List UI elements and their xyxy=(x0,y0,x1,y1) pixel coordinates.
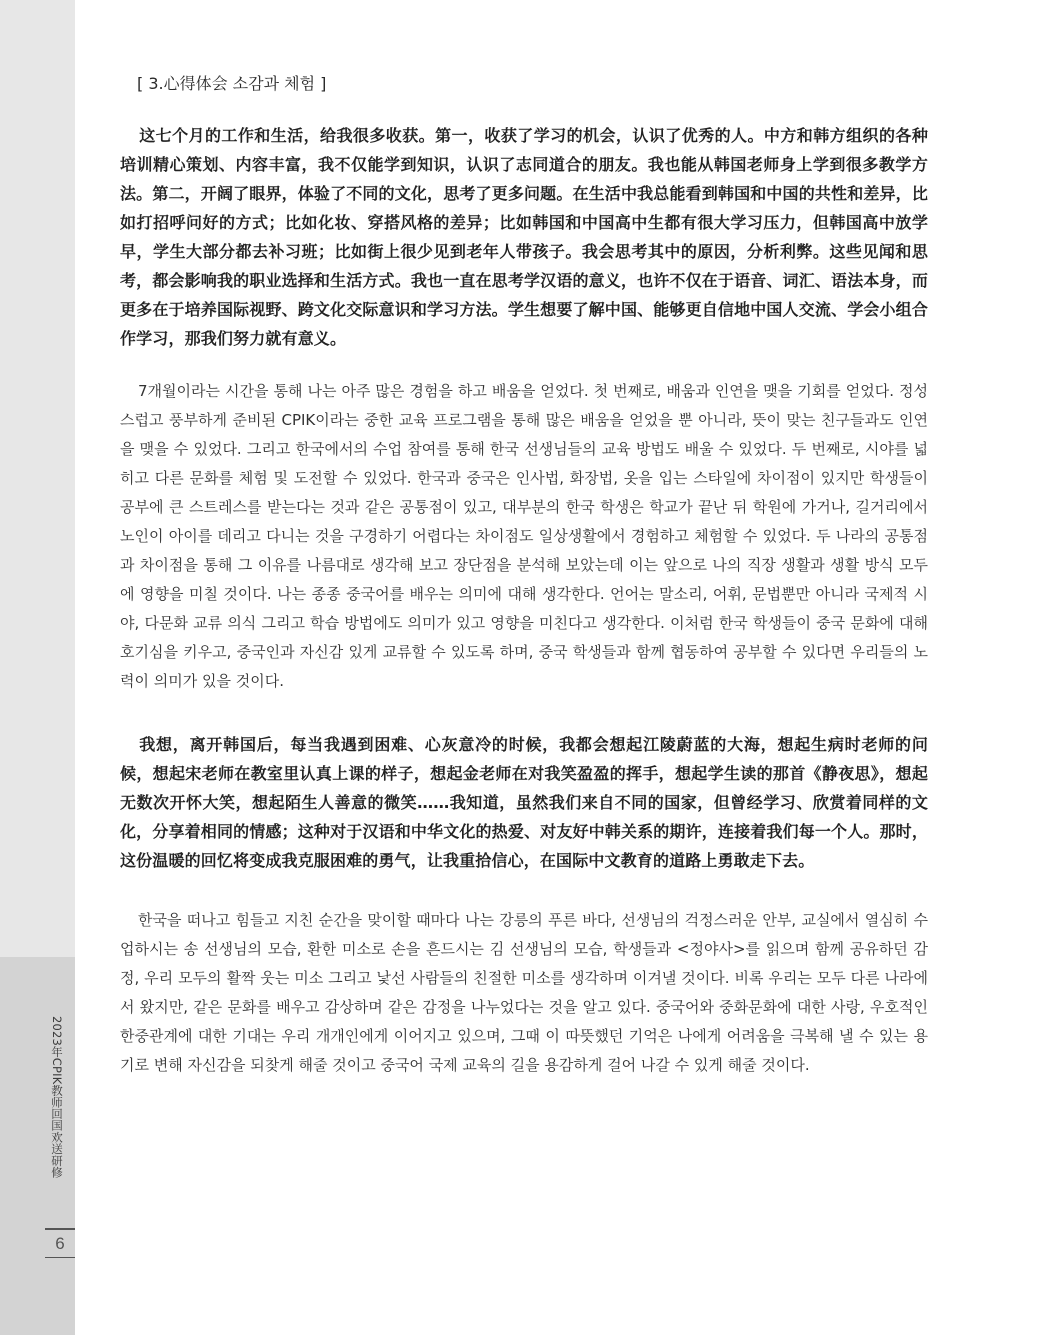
running-title: 2023年CPIK教师回国欢送研修 xyxy=(50,1016,64,1178)
page-number: 6 xyxy=(45,1228,75,1258)
paragraph-chinese-2: 我想，离开韩国后，每当我遇到困难、心灰意冷的时候，我都会想起江陵蔚蓝的大海，想起… xyxy=(120,730,928,875)
section-heading: [ 3.心得体会 소감과 체험 ] xyxy=(137,72,928,96)
paragraph-chinese-1: 这七个月的工作和生活，给我很多收获。第一，收获了学习的机会，认识了优秀的人。中方… xyxy=(120,121,928,353)
paragraph-korean-2: 한국을 떠나고 힘들고 지친 순간을 맞이할 때마다 나는 강릉의 푸른 바다,… xyxy=(120,906,928,1080)
document-body: [ 3.心得体会 소감과 체험 ] 这七个月的工作和生活，给我很多收获。第一，收… xyxy=(120,72,928,1080)
paragraph-korean-1: 7개월이라는 시간을 통해 나는 아주 많은 경험을 하고 배움을 얻었다. 첫… xyxy=(120,377,928,696)
